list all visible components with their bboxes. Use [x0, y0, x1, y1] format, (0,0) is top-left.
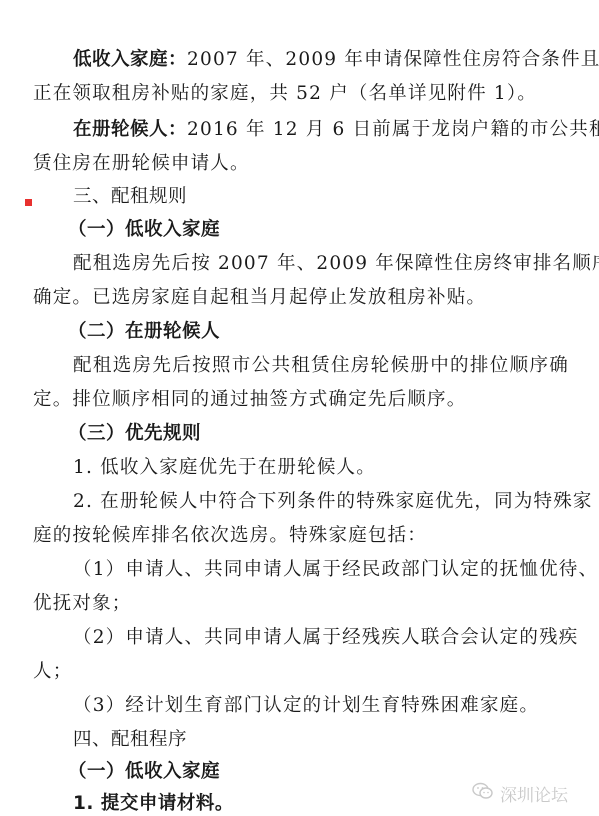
list-item: （2）申请人、共同申请人属于经残疾人联合会认定的残疾: [73, 625, 569, 651]
term-low-income: 低收入家庭：: [73, 49, 187, 70]
paragraph-low-income-definition: 低收入家庭：2007 年、2009 年申请保障性住房符合条件且: [73, 47, 569, 73]
paragraph-line: 优抚对象；: [33, 591, 569, 617]
subheading-waitlist: （二）在册轮候人: [68, 319, 564, 345]
paragraph-line: 人；: [33, 659, 569, 685]
paragraph-line: 赁住房在册轮候申请人。: [33, 151, 569, 177]
section-heading-rules: 三、配租规则: [73, 184, 569, 210]
red-marker: [25, 199, 32, 206]
list-item: （3）经计划生育部门认定的计划生育特殊困难家庭。: [73, 693, 569, 719]
paragraph-line: 定。排位顺序相同的通过抽签方式确定先后顺序。: [33, 387, 569, 413]
paragraph-line: 配租选房先后按 2007 年、2009 年保障性住房终审排名顺序: [73, 251, 569, 277]
watermark: 深圳论坛: [472, 780, 568, 806]
section-heading-procedure: 四、配租程序: [73, 727, 569, 753]
subheading-priority: （三）优先规则: [68, 421, 564, 447]
subheading-low-income: （一）低收入家庭: [68, 217, 564, 243]
paragraph-line: 确定。已选房家庭自起租当月起停止发放租房补贴。: [33, 285, 569, 311]
paragraph-line: 配租选房先后按照市公共租赁住房轮候册中的排位顺序确: [73, 353, 569, 379]
wechat-icon: [472, 782, 500, 805]
definition-text: 2007 年、2009 年申请保障性住房符合条件且: [187, 49, 599, 70]
list-item: 1. 低收入家庭优先于在册轮候人。: [73, 455, 569, 481]
list-item: 2. 在册轮候人中符合下列条件的特殊家庭优先，同为特殊家: [73, 489, 569, 515]
paragraph-waitlist-definition: 在册轮候人：2016 年 12 月 6 日前属于龙岗户籍的市公共租: [73, 117, 569, 143]
definition-text: 2016 年 12 月 6 日前属于龙岗户籍的市公共租: [187, 119, 599, 140]
paragraph-line: 庭的按轮候库排名依次选房。特殊家庭包括：: [33, 523, 569, 549]
watermark-text: 深圳论坛: [500, 781, 568, 806]
paragraph-line: 正在领取租房补贴的家庭，共 52 户（名单详见附件 1）。: [33, 81, 569, 107]
list-item: （1）申请人、共同申请人属于经民政部门认定的抚恤优待、: [73, 557, 569, 583]
term-waitlist: 在册轮候人：: [73, 119, 187, 140]
